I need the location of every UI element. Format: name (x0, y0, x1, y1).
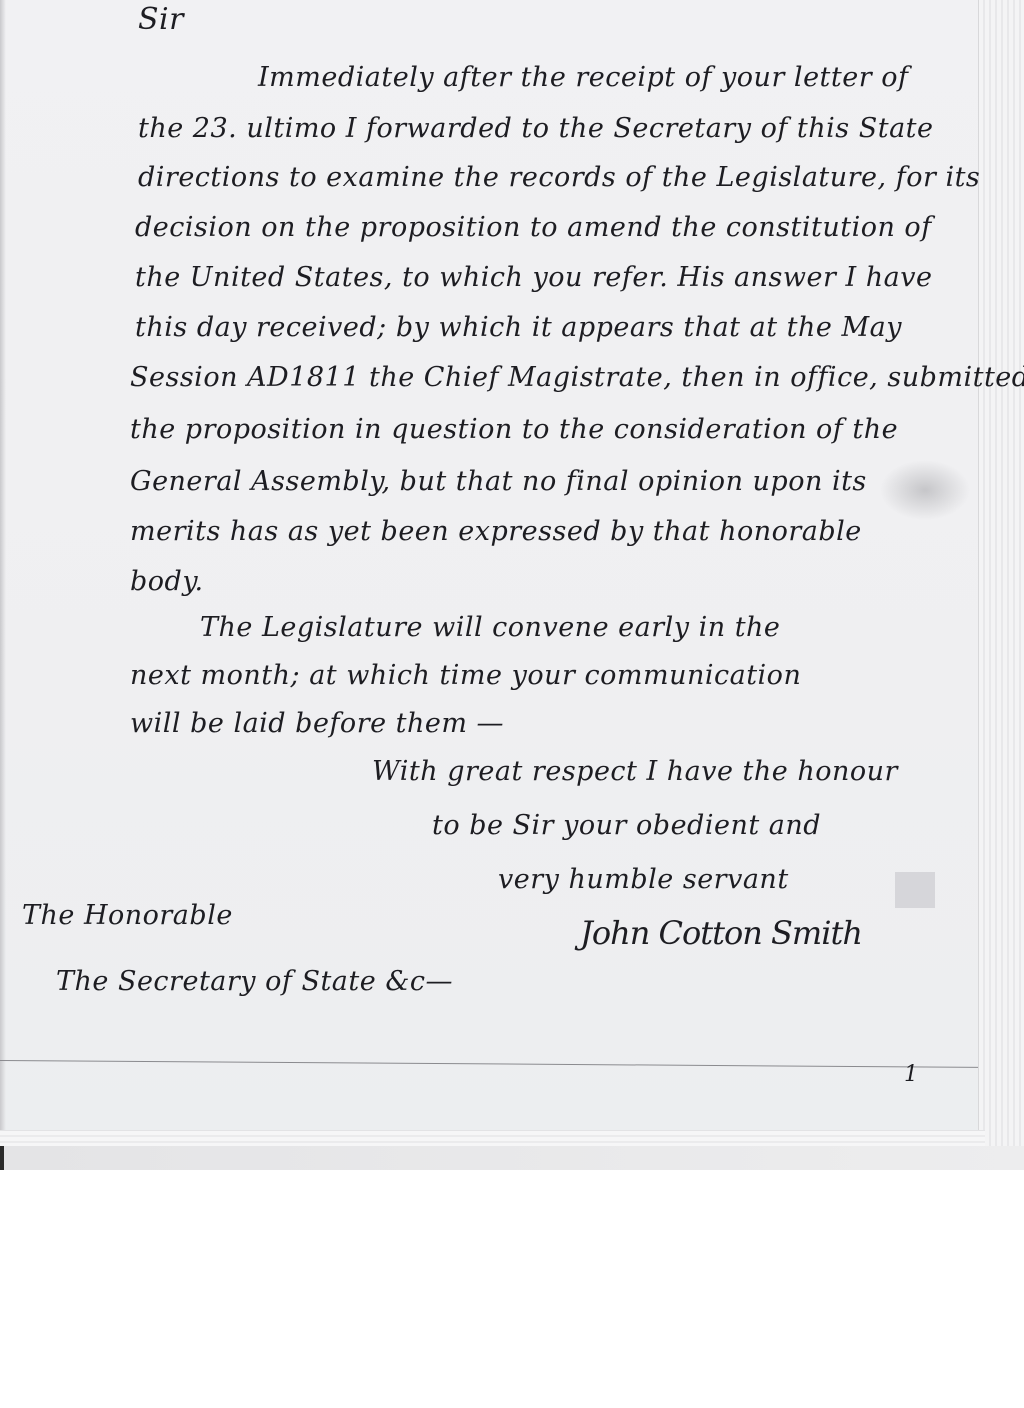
body-line: this day received; by which it appears t… (135, 312, 902, 343)
addressee-line: The Secretary of State &c— (56, 966, 453, 997)
body-line: decision on the proposition to amend the… (135, 212, 932, 243)
closing-line: With great respect I have the honour (372, 756, 898, 787)
body-line: merits has as yet been expressed by that… (130, 516, 862, 547)
body-line: the 23. ultimo I forwarded to the Secret… (138, 113, 934, 144)
body-line: Session AD1811 the Chief Magistrate, the… (130, 362, 1024, 393)
scan-left-shadow (0, 0, 6, 1170)
body-line: General Assembly, but that no final opin… (130, 466, 867, 497)
salutation: Sir (138, 2, 184, 37)
closing-line: very humble servant (498, 864, 789, 895)
body-line: Immediately after the receipt of your le… (258, 62, 908, 93)
body-line: next month; at which time your communica… (130, 660, 801, 691)
gray-smudge (895, 872, 935, 908)
body-line: The Legislature will convene early in th… (200, 612, 780, 643)
ink-smudge (880, 460, 970, 520)
stacked-page-edges-right (978, 0, 1024, 1170)
closing-line: to be Sir your obedient and (432, 810, 821, 841)
body-line: will be laid before them — (130, 708, 504, 739)
page-number: 1 (904, 1062, 919, 1087)
body-line: directions to examine the records of the… (138, 162, 980, 193)
addressee-line: The Honorable (22, 900, 233, 931)
body-line: the United States, to which you refer. H… (135, 262, 932, 293)
body-line: the proposition in question to the consi… (130, 414, 898, 445)
body-line: body. (130, 566, 204, 597)
scan-bottom-border (0, 1146, 1024, 1170)
signature: John Cotton Smith (580, 914, 862, 952)
